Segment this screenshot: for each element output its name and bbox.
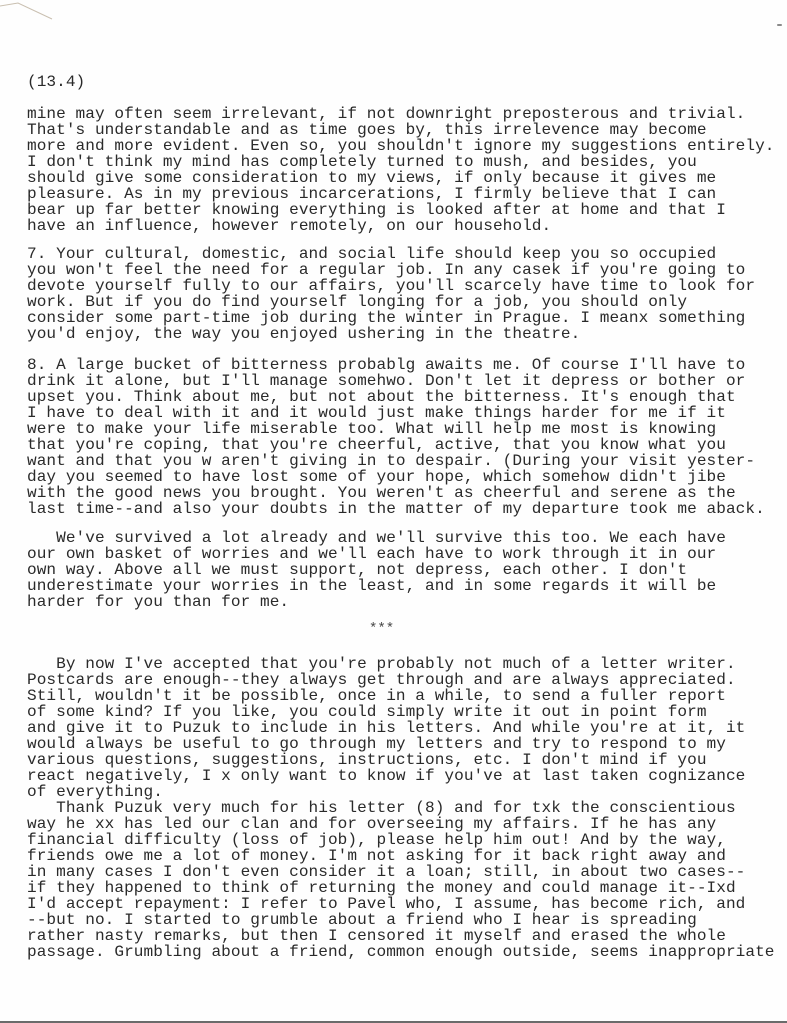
paragraph-thanks: Thank Puzuk very much for his letter (8)… <box>27 800 775 960</box>
typewritten-page: (13.4) mine may often seem irrelevant, i… <box>0 0 787 1021</box>
page-number: (13.4) <box>27 74 85 90</box>
paper-speck <box>777 24 782 26</box>
paragraph-continuation: mine may often seem irrelevant, if not d… <box>27 106 775 234</box>
paragraph-postcards: By now I've accepted that you're probabl… <box>27 656 745 800</box>
folded-corner-mark <box>0 0 60 24</box>
paragraph-point-7: 7. Your cultural, domestic, and social l… <box>27 246 755 342</box>
paragraph-survive: We've survived a lot already and we'll s… <box>27 530 726 610</box>
paragraph-point-8: 8. A large bucket of bitterness probablg… <box>27 357 765 517</box>
section-separator: *** <box>369 621 394 637</box>
